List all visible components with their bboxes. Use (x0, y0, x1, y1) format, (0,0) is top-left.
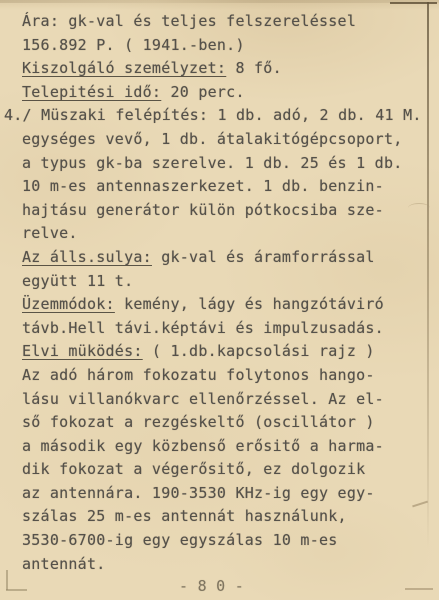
line-text: szálas 25 m-es antennát használunk, (22, 507, 347, 525)
underlined-heading: Kiszolgáló személyzet: (22, 59, 226, 77)
underlined-heading: Üzemmódok: (22, 295, 115, 313)
scanned-typewritten-page: { "colors": { "paper": "#e9d9b6", "ink":… (0, 0, 439, 600)
line-text: lásu villanókvarc ellenőrzéssel. Az el- (22, 390, 384, 408)
line-text: Ára: gk-val és teljes felszereléssel (22, 12, 356, 30)
underlined-heading: Elvi müködés: (22, 342, 143, 360)
line-text: hajtásu generátor külön pótkocsiba sze- (22, 201, 384, 219)
text-line: Kiszolgáló személyzet: 8 fő. (22, 57, 431, 81)
text-line: Ára: gk-val és teljes felszereléssel (22, 10, 431, 34)
line-text: 156.892 P. ( 1941.-ben.) (22, 36, 245, 54)
text-line: a második egy közbenső erősitő a harma- (22, 435, 431, 459)
text-line: az antennára. 190-3530 KHz-ig egy egy- (22, 482, 431, 506)
underlined-heading: Telepitési idő: (22, 83, 161, 101)
line-text: 4./ Müszaki felépítés: 1 db. adó, 2 db. … (4, 106, 422, 124)
line-text: egységes vevő, 1 db. átalakitógépcsoport… (22, 130, 403, 148)
underlined-heading: Az álls.sulya: (22, 248, 152, 266)
line-text: ső fokozat a rezgéskeltő (oscillátor ) (22, 413, 375, 431)
line-text: a második egy közbenső erősitő a harma- (22, 437, 384, 455)
line-text: kemény, lágy és hangzótáviró (115, 295, 384, 313)
text-line: 3530-6700-ig egy egyszálas 10 m-es (22, 529, 431, 553)
text-line: Üzemmódok: kemény, lágy és hangzótáviró (22, 293, 431, 317)
text-line: távb.Hell távi.képtávi és impulzusadás. (22, 317, 431, 341)
line-text: relve. (22, 224, 78, 242)
document-body: Ára: gk-val és teljes felszereléssel156.… (22, 10, 431, 576)
line-text: 10 m-es antennaszerkezet. 1 db. benzin- (22, 177, 384, 195)
text-line: Az álls.sulya: gk-val és áramforrással (22, 246, 431, 270)
text-line: dik fokozat a végerősitő, ez dolgozik (22, 458, 431, 482)
text-line: egységes vevő, 1 db. átalakitógépcsoport… (22, 128, 431, 152)
line-text: az antennára. 190-3530 KHz-ig egy egy- (22, 484, 375, 502)
line-text: 20 perc. (161, 83, 245, 101)
text-line: Elvi müködés: ( 1.db.kapcsolási rajz ) (22, 340, 431, 364)
text-line: 10 m-es antennaszerkezet. 1 db. benzin- (22, 175, 431, 199)
line-text: távb.Hell távi.képtávi és impulzusadás. (22, 319, 384, 337)
text-line: lásu villanókvarc ellenőrzéssel. Az el- (22, 388, 431, 412)
line-text: Az adó három fokozatu folytonos hango- (22, 366, 375, 384)
line-text: dik fokozat a végerősitő, ez dolgozik (22, 460, 365, 478)
line-text: ( 1.db.kapcsolási rajz ) (143, 342, 375, 360)
text-line: a typus gk-ba szerelve. 1 db. 25 és 1 db… (22, 152, 431, 176)
text-line: hajtásu generátor külön pótkocsiba sze- (22, 199, 431, 223)
line-text: 3530-6700-ig egy egyszálas 10 m-es (22, 531, 338, 549)
text-line: 156.892 P. ( 1941.-ben.) (22, 34, 431, 58)
text-line: ső fokozat a rezgéskeltő (oscillátor ) (22, 411, 431, 435)
text-line: antennát. (22, 553, 431, 577)
line-text: 8 fő. (226, 59, 282, 77)
line-text: a typus gk-ba szerelve. 1 db. 25 és 1 db… (22, 154, 403, 172)
line-text: együtt 11 t. (22, 272, 133, 290)
text-line: Az adó három fokozatu folytonos hango- (22, 364, 431, 388)
text-line: Telepitési idő: 20 perc. (22, 81, 431, 105)
text-line: együtt 11 t. (22, 270, 431, 294)
text-line: 4./ Müszaki felépítés: 1 db. adó, 2 db. … (22, 104, 431, 128)
line-text: gk-val és áramforrással (152, 248, 375, 266)
page-number: - 8 0 - (22, 576, 431, 596)
text-line: relve. (22, 222, 431, 246)
line-text: antennát. (22, 555, 106, 573)
text-line: szálas 25 m-es antennát használunk, (22, 505, 431, 529)
document-page: Ára: gk-val és teljes felszereléssel156.… (0, 0, 439, 600)
